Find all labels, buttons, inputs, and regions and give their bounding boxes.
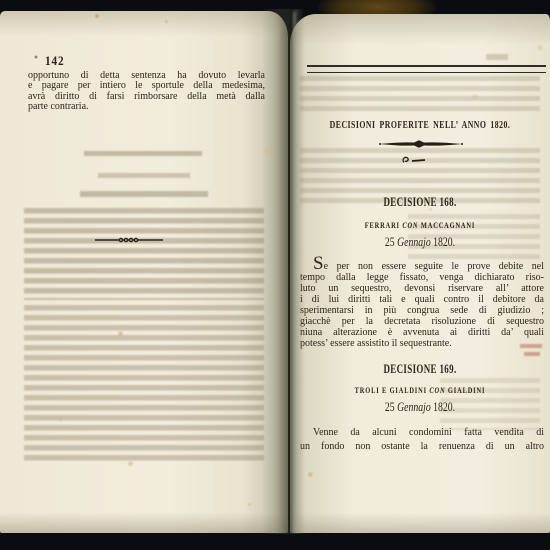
page-number: 142 <box>45 54 65 69</box>
left-paragraph: opportuno di detta sentenza ha dovuto le… <box>28 71 265 113</box>
bleedthrough-text <box>300 76 540 114</box>
text-line: giacchè per la decretata risoluzione di … <box>300 316 544 327</box>
right-page: DECISIONI PROFERITE NELL’ ANNO 1820. DEC… <box>290 14 550 533</box>
party-name: TROLI E GIALDINI <box>355 386 427 395</box>
date-year: 1820. <box>433 400 455 414</box>
text-line: tempo dalla legge fissato, venga dichiar… <box>300 272 544 283</box>
bleedthrough-line <box>486 54 508 60</box>
bleedthrough-line <box>98 173 190 178</box>
decision-heading: DECISIONE 169. <box>335 362 506 377</box>
bleedthrough-line <box>80 191 208 197</box>
parties-versus: CON <box>429 386 445 395</box>
text-line: sperimentarsi in più congrua sede di giu… <box>300 305 544 316</box>
year-header: DECISIONI PROFERITE NELL’ ANNO 1820. <box>322 120 519 131</box>
open-book-photo: 142 opportuno di detta sentenza ha dovut… <box>0 0 550 550</box>
text-line: luto un sequestro, devonsi riservare all… <box>300 283 544 294</box>
decision-parties: FERRARI CON MACCAGNANI <box>325 221 515 230</box>
decision-date: 25 Gennajo 1820. <box>322 235 517 250</box>
text-line: parte contraria. <box>28 102 265 112</box>
drop-cap: S <box>313 253 324 274</box>
text-line: Se per non essere seguite le prove debit… <box>300 261 544 272</box>
decision-body: Se per non essere seguite le prove debit… <box>300 261 544 349</box>
header-rule <box>307 65 546 73</box>
decision-heading: DECISIONE 168. <box>335 195 506 210</box>
party-name: GIALDINI <box>448 386 485 395</box>
bleedthrough-line <box>84 151 202 156</box>
date-day: 25 <box>385 400 395 414</box>
text-line: Venne da alcuni condomini fatta vendita … <box>300 426 544 440</box>
text-line: i di lui diritti tali e quali contro il … <box>300 294 544 305</box>
red-bleed-mark <box>524 352 540 356</box>
text-line: potess’ essere assistito il sequestrante… <box>300 338 544 349</box>
decision-parties: TROLI E GIALDINI CON GIALDINI <box>325 386 515 395</box>
date-year: 1820. <box>433 235 455 249</box>
text-line: niuna alterazione è avvenuta ai diritti … <box>300 327 544 338</box>
left-page: 142 opportuno di detta sentenza ha dovut… <box>0 11 288 533</box>
header-flourish-icon <box>400 152 428 170</box>
section-divider-ornament <box>94 232 164 250</box>
date-month: Gennajo <box>397 400 431 414</box>
decision-body: Venne da alcuni condomini fatta vendita … <box>300 426 544 453</box>
date-day: 25 <box>385 235 395 249</box>
party-name: MACCAGNANI <box>421 221 475 230</box>
party-name: FERRARI <box>365 221 400 230</box>
date-month: Gennajo <box>397 235 431 249</box>
parties-versus: CON <box>402 221 418 230</box>
bleedthrough-text <box>24 208 264 300</box>
bleedthrough-text <box>24 305 264 465</box>
text-line: un fondo non ostante la renuenza di un a… <box>300 440 544 454</box>
decision-date: 25 Gennajo 1820. <box>322 400 517 415</box>
